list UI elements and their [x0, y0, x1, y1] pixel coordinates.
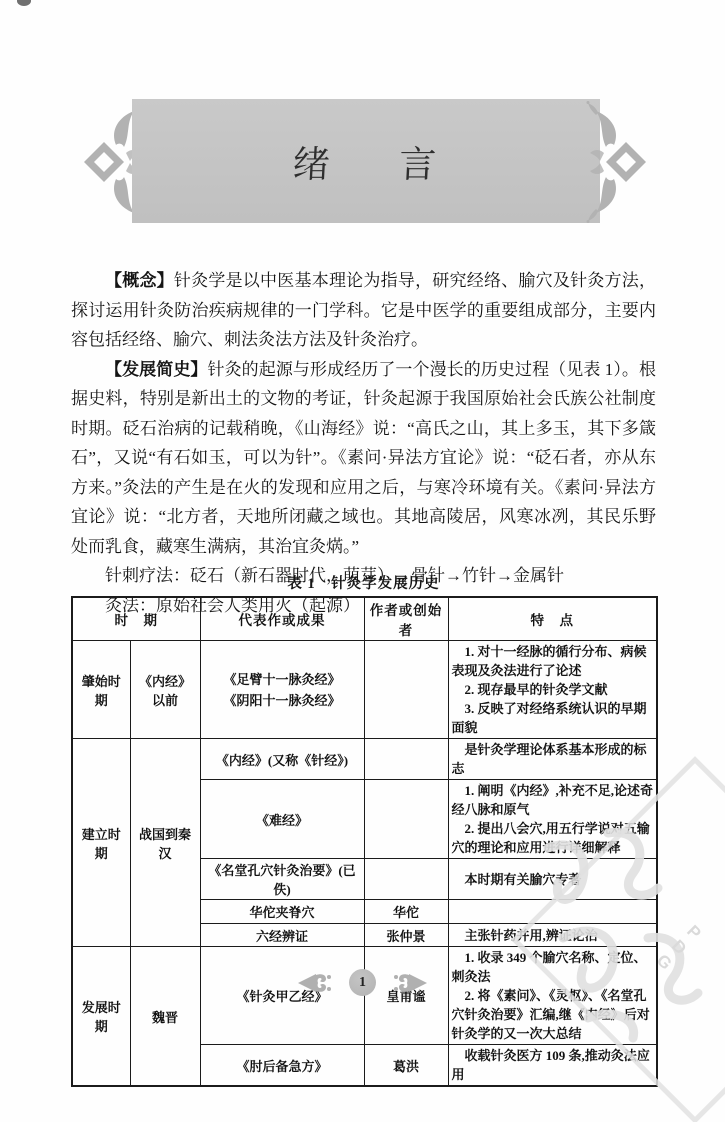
chapter-title: 绪 言 [292, 134, 440, 188]
author-cell: 张仲景 [364, 924, 448, 947]
work-cell: 华佗夹脊穴 [200, 900, 364, 924]
author-cell: 葛洪 [364, 1045, 448, 1087]
features-cell: 1. 对十一经脉的循行分布、病候表现及灸法进行了论述 2. 现存最早的针灸学文献… [448, 641, 657, 739]
header-author: 作者或创始者 [364, 597, 448, 641]
work-title: 《足臂十一脉灸经》 [204, 669, 361, 690]
work-cell: 《难经》 [200, 780, 364, 859]
feature-item: 是针灸学理论体系基本形成的标志 [452, 740, 654, 778]
header-period: 时 期 [72, 597, 200, 641]
period-cell: 建立时期 [72, 739, 130, 947]
page-number-badge: 1 [349, 969, 376, 996]
features-cell: 是针灸学理论体系基本形成的标志 [448, 739, 657, 780]
period-cell: 发展时期 [72, 947, 130, 1087]
era-cell: 《内经》以前 [130, 641, 200, 739]
history-label: 【发展简史】 [105, 360, 208, 379]
era-cell: 魏晋 [130, 947, 200, 1087]
period-cell: 肇始时期 [72, 641, 130, 739]
page-number: 1 [359, 975, 366, 991]
chapter-title-box: 绪 言 [132, 99, 600, 223]
work-cell: 《名堂孔穴针灸治要》(已佚) [200, 859, 364, 900]
author-cell [364, 859, 448, 900]
floral-ornament-right-icon [586, 101, 648, 223]
work-cell: 六经辨证 [200, 924, 364, 947]
feature-item: 1. 阐明《内经》,补充不足,论述奇经八脉和原气 [452, 781, 654, 819]
author-cell [364, 780, 448, 859]
scan-artifact [17, 0, 31, 6]
author-cell: 华佗 [364, 900, 448, 924]
header-features: 特 点 [448, 597, 657, 641]
author-cell [364, 641, 448, 739]
history-text: 针灸的起源与形成经历了一个漫长的历史过程（见表 1）。根据史料，特别是新出土的文… [71, 360, 656, 556]
feature-item: 2. 现存最早的针灸学文献 [452, 680, 654, 699]
table-row: 肇始时期 《内经》以前 《足臂十一脉灸经》 《阴阳十一脉灸经》 1. 对十一经脉… [72, 641, 657, 739]
paragraph-history: 【发展简史】针灸的起源与形成经历了一个漫长的历史过程（见表 1）。根据史料，特别… [71, 355, 656, 562]
feature-item: 3. 反映了对经络系统认识的早期面貌 [452, 699, 654, 737]
concept-label: 【概念】 [105, 271, 174, 290]
scanned-book-page: 绪 言 【概念】针灸学是以中医基本理论为指导，研究经络、腧穴及针灸方法，探讨运用… [0, 0, 725, 1122]
chapter-banner: 绪 言 [84, 95, 646, 229]
feature-item: 1. 对十一经脉的循行分布、病候表现及灸法进行了论述 [452, 642, 654, 680]
era-cell: 战国到秦汉 [130, 739, 200, 947]
body-text: 【概念】针灸学是以中医基本理论为指导，研究经络、腧穴及针灸方法，探讨运用针灸防治… [71, 266, 656, 620]
header-works: 代表作或成果 [200, 597, 364, 641]
work-cell: 《足臂十一脉灸经》 《阴阳十一脉灸经》 [200, 641, 364, 739]
table-caption: 表 1 针灸学发展历史 [71, 572, 656, 593]
table-row: 建立时期 战国到秦汉 《内经》(又称《针经》) 是针灸学理论体系基本形成的标志 [72, 739, 657, 780]
footer-arrow-right-icon [387, 971, 429, 995]
author-cell [364, 739, 448, 780]
work-title: 《阴阳十一脉灸经》 [204, 690, 361, 711]
footer-arrow-left-icon [296, 971, 338, 995]
work-cell: 《内经》(又称《针经》) [200, 739, 364, 780]
work-cell: 《肘后备急方》 [200, 1045, 364, 1087]
table-header-row: 时 期 代表作或成果 作者或创始者 特 点 [72, 597, 657, 641]
paragraph-concept: 【概念】针灸学是以中医基本理论为指导，研究经络、腧穴及针灸方法，探讨运用针灸防治… [71, 266, 656, 355]
